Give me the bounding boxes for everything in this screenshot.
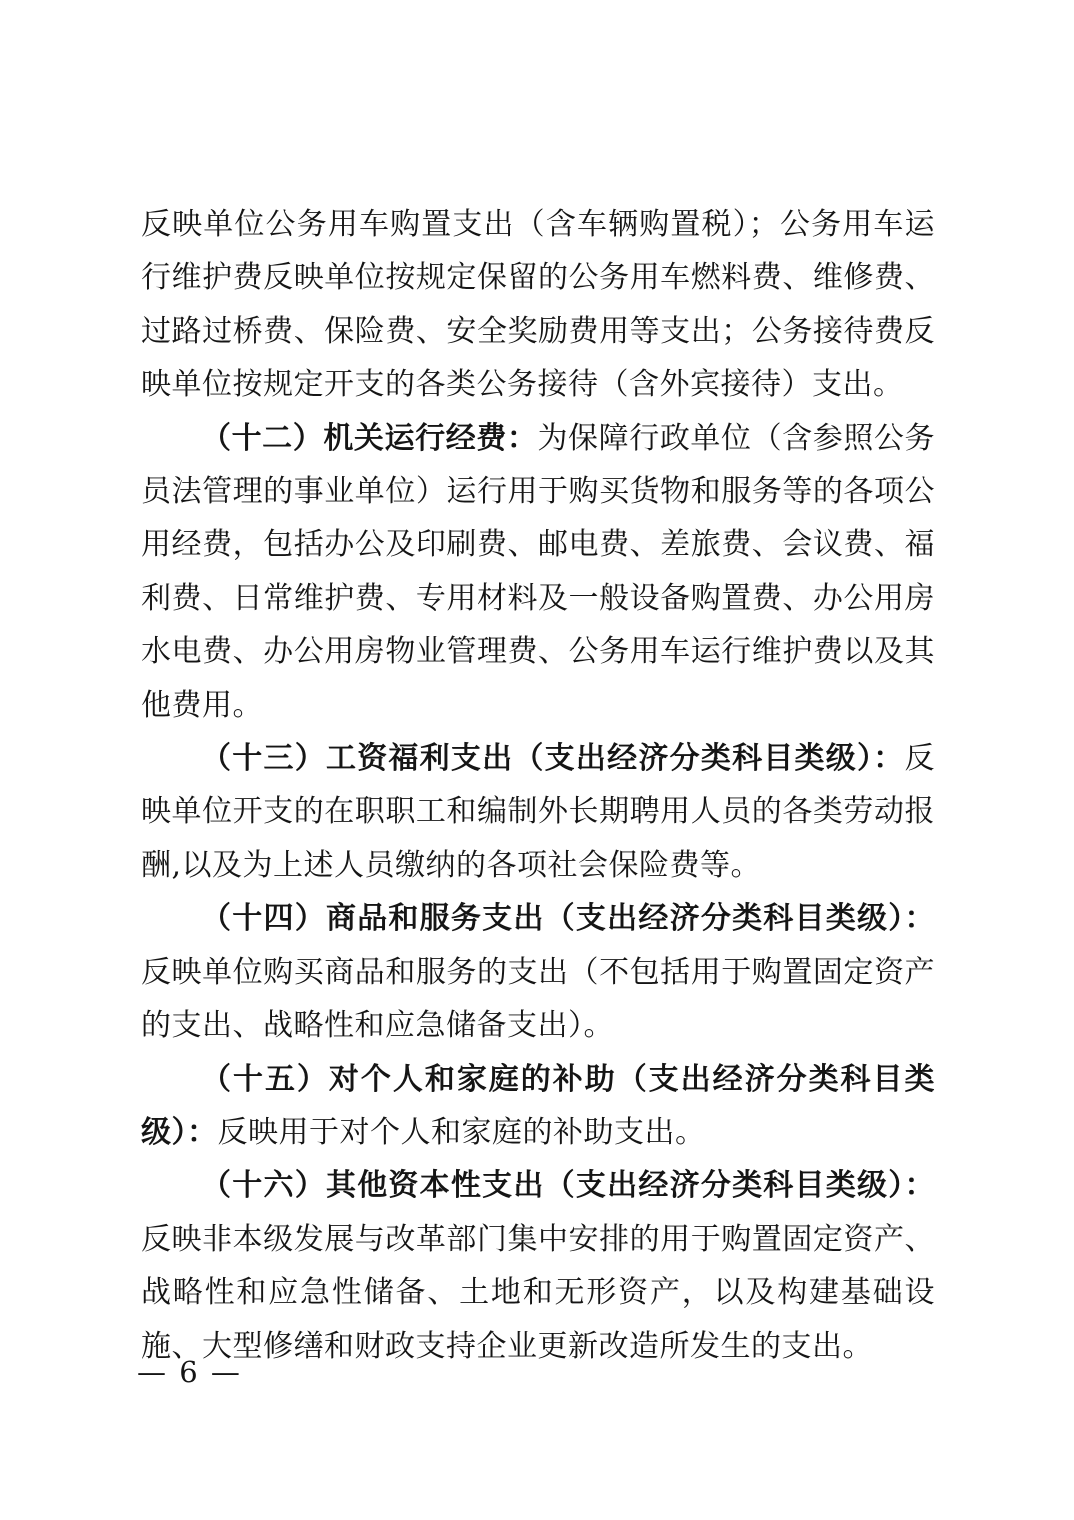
document-page: 反映单位公务用车购置支出（含车辆购置税）；公务用车运行维护费反映单位按规定保留的… [0, 0, 1074, 1520]
paragraph-text: 反映单位公务用车购置支出（含车辆购置税）；公务用车运行维护费反映单位按规定保留的… [141, 207, 935, 402]
paragraph-heading: （十六）其他资本性支出（支出经济分类科目类级）： [201, 1168, 935, 1203]
paragraph-item-15: （十五）对个人和家庭的补助（支出经济分类科目类级）：反映用于对个人和家庭的补助支… [141, 1053, 935, 1160]
paragraph-heading: （十二）机关运行经费： [201, 421, 537, 456]
paragraph-heading: （十四）商品和服务支出（支出经济分类科目类级）： [201, 901, 935, 936]
paragraph-item-14: （十四）商品和服务支出（支出经济分类科目类级）：反映单位购买商品和服务的支出（不… [141, 892, 935, 1052]
paragraph-text: 反映单位购买商品和服务的支出（不包括用于购置固定资产的支出、战略性和应急储备支出… [141, 955, 935, 1043]
paragraph-text: 反映用于对个人和家庭的补助支出。 [218, 1115, 706, 1150]
paragraph-item-13: （十三）工资福利支出（支出经济分类科目类级）：反映单位开支的在职职工和编制外长期… [141, 732, 935, 892]
paragraph-heading: （十三）工资福利支出（支出经济分类科目类级）： [201, 741, 905, 776]
paragraph-continuation: 反映单位公务用车购置支出（含车辆购置税）；公务用车运行维护费反映单位按规定保留的… [141, 198, 935, 412]
paragraph-text: 反映非本级发展与改革部门集中安排的用于购置固定资产、战略性和应急性储备、土地和无… [141, 1222, 935, 1364]
page-number: — 6 — [137, 1352, 242, 1392]
paragraph-item-12: （十二）机关运行经费：为保障行政单位（含参照公务员法管理的事业单位）运行用于购买… [141, 412, 935, 732]
paragraph-item-16: （十六）其他资本性支出（支出经济分类科目类级）：反映非本级发展与改革部门集中安排… [141, 1159, 935, 1373]
paragraph-text: 为保障行政单位（含参照公务员法管理的事业单位）运行用于购买货物和服务等的各项公用… [141, 421, 935, 723]
document-body: 反映单位公务用车购置支出（含车辆购置税）；公务用车运行维护费反映单位按规定保留的… [141, 198, 935, 1373]
